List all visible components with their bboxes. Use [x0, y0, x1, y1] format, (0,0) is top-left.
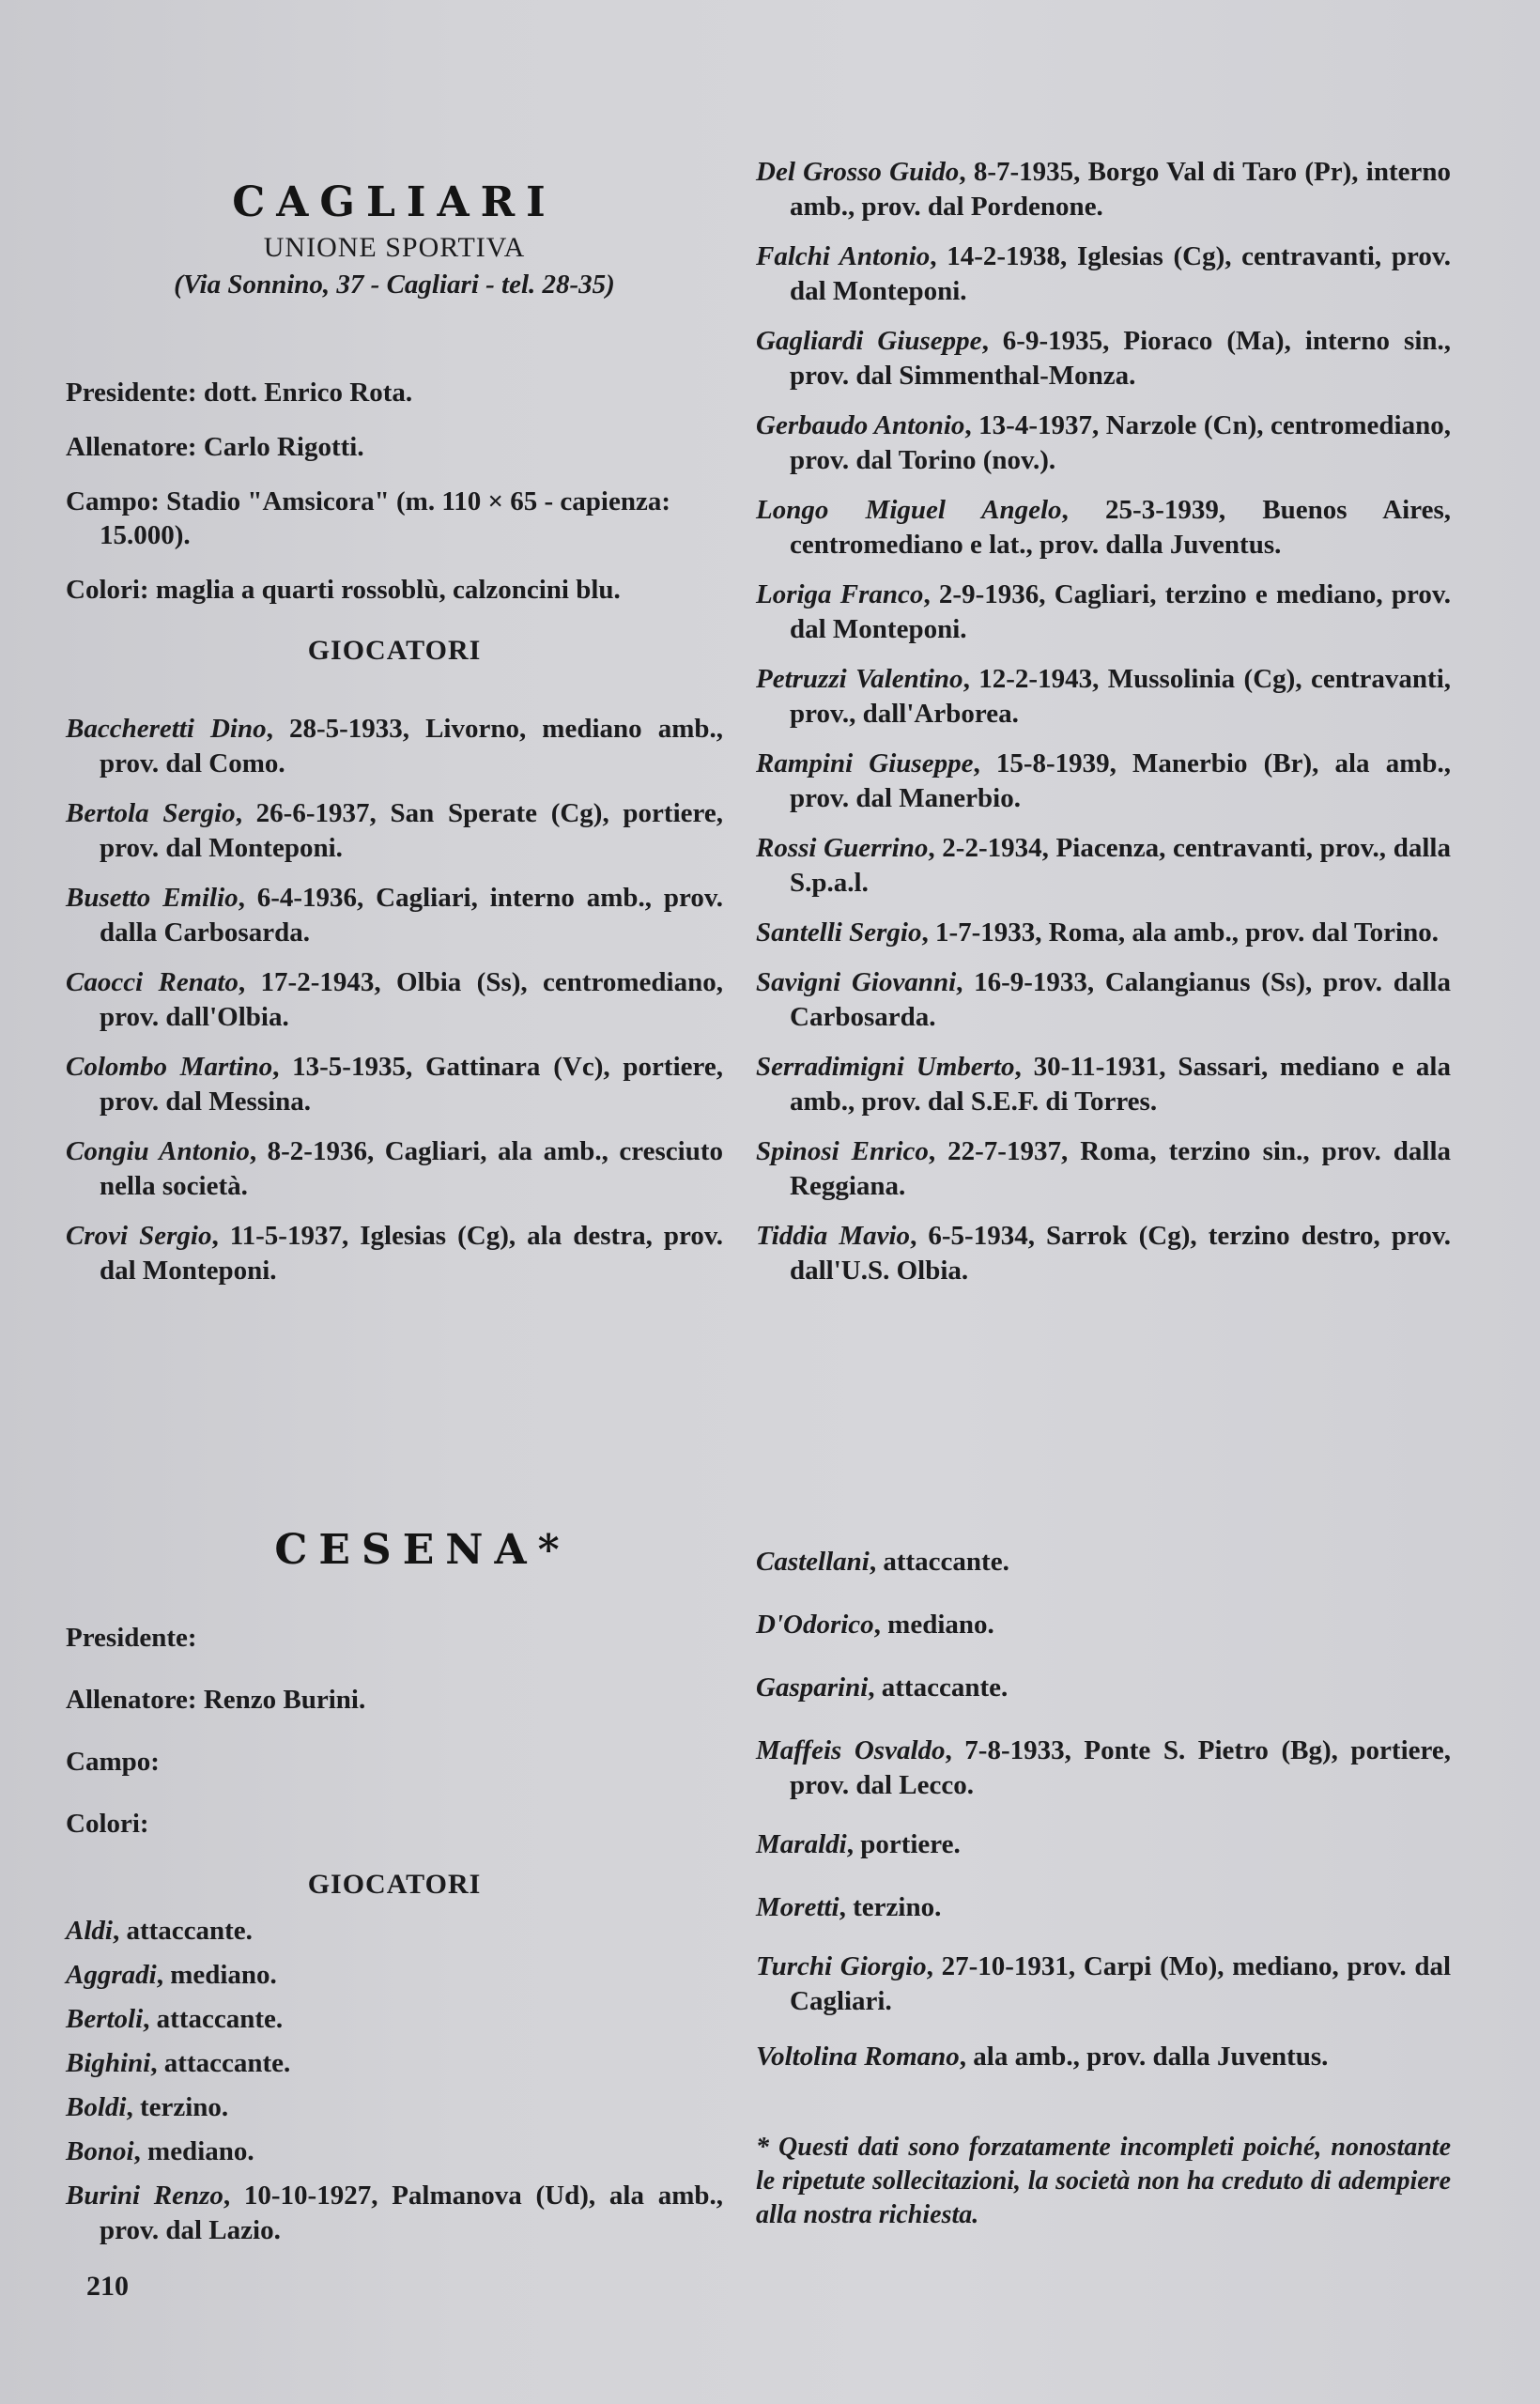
player-entry: Gagliardi Giuseppe, 6-9-1935, Pioraco (M…	[756, 324, 1451, 393]
player-entry: D'Odorico, mediano.	[756, 1608, 1451, 1642]
player-entry: Rossi Guerrino, 2-2-1934, Piacenza, cent…	[756, 831, 1451, 901]
player-entry: Maffeis Osvaldo, 7-8-1933, Ponte S. Piet…	[756, 1734, 1451, 1803]
player-entry: Aldi, attaccante.	[66, 1914, 723, 1949]
player-entry: Bighini, attaccante.	[66, 2046, 723, 2081]
club-subtitle: UNIONE SPORTIVA	[66, 232, 723, 264]
club-title-cagliari: CAGLIARI	[66, 178, 723, 226]
player-entry: Caocci Renato, 17-2-1943, Olbia (Ss), ce…	[66, 965, 723, 1035]
club-title-cesena: CESENA*	[122, 1526, 723, 1574]
info-colori: Colori: maglia a quarti rossoblù, calzon…	[66, 573, 723, 607]
player-entry: Bonoi, mediano.	[66, 2134, 723, 2169]
player-entry: Petruzzi Valentino, 12-2-1943, Mussolini…	[756, 662, 1451, 732]
club-address: (Via Sonnino, 37 - Cagliari - tel. 28-35…	[66, 270, 723, 300]
footnote-incomplete-data: * Questi dati sono forzatamente incomple…	[756, 2131, 1451, 2232]
page-number: 210	[86, 2271, 129, 2303]
info-colori: Colori:	[66, 1807, 723, 1841]
players-heading: GIOCATORI	[66, 1869, 723, 1901]
player-entry: Voltolina Romano, ala amb., prov. dalla …	[756, 2040, 1451, 2074]
cagliari-players-continued: Del Grosso Guido, 8-7-1935, Borgo Val di…	[756, 155, 1451, 1303]
player-entry: Del Grosso Guido, 8-7-1935, Borgo Val di…	[756, 155, 1451, 224]
player-entry: Aggradi, mediano.	[66, 1958, 723, 1993]
player-entry: Turchi Giorgio, 27-10-1931, Carpi (Mo), …	[756, 1949, 1451, 2019]
info-allenatore: Allenatore: Renzo Burini.	[66, 1683, 723, 1717]
info-presidente: Presidente:	[66, 1621, 723, 1655]
player-entry: Colombo Martino, 13-5-1935, Gattinara (V…	[66, 1050, 723, 1119]
player-entry: Loriga Franco, 2-9-1936, Cagliari, terzi…	[756, 578, 1451, 647]
player-entry: Bertoli, attaccante.	[66, 2002, 723, 2037]
player-entry: Castellani, attaccante.	[756, 1545, 1451, 1580]
player-entry: Spinosi Enrico, 22-7-1937, Roma, terzino…	[756, 1134, 1451, 1204]
player-entry: Rampini Giuseppe, 15-8-1939, Manerbio (B…	[756, 747, 1451, 816]
info-campo: Campo: Stadio "Amsicora" (m. 110 × 65 - …	[66, 485, 723, 552]
player-entry: Baccheretti Dino, 28-5-1933, Livorno, me…	[66, 712, 723, 781]
player-entry: Tiddia Mavio, 6-5-1934, Sarrok (Cg), ter…	[756, 1219, 1451, 1288]
info-presidente: Presidente: dott. Enrico Rota.	[66, 376, 723, 409]
players-heading: GIOCATORI	[66, 635, 723, 667]
cagliari-header-column: CAGLIARI UNIONE SPORTIVA (Via Sonnino, 3…	[66, 178, 723, 300]
info-allenatore: Allenatore: Carlo Rigotti.	[66, 430, 723, 464]
cesena-players-continued: Castellani, attaccante. D'Odorico, media…	[756, 1545, 1451, 2258]
cesena-section: CESENA* Presidente: Allenatore: Renzo Bu…	[66, 1526, 723, 2258]
info-campo: Campo:	[66, 1745, 723, 1779]
player-entry: Crovi Sergio, 11-5-1937, Iglesias (Cg), …	[66, 1219, 723, 1288]
player-entry: Santelli Sergio, 1-7-1933, Roma, ala amb…	[756, 916, 1451, 950]
player-entry: Serradimigni Umberto, 30-11-1931, Sassar…	[756, 1050, 1451, 1119]
player-entry: Longo Miguel Angelo, 25-3-1939, Buenos A…	[756, 493, 1451, 562]
player-entry: Falchi Antonio, 14-2-1938, Iglesias (Cg)…	[756, 239, 1451, 309]
player-entry: Gasparini, attaccante.	[756, 1671, 1451, 1705]
player-entry: Bertola Sergio, 26-6-1937, San Sperate (…	[66, 796, 723, 866]
player-entry: Congiu Antonio, 8-2-1936, Cagliari, ala …	[66, 1134, 723, 1204]
player-entry: Maraldi, portiere.	[756, 1827, 1451, 1862]
player-entry: Moretti, terzino.	[756, 1890, 1451, 1925]
player-entry: Boldi, terzino.	[66, 2090, 723, 2125]
player-entry: Busetto Emilio, 6-4-1936, Cagliari, inte…	[66, 881, 723, 950]
player-entry: Savigni Giovanni, 16-9-1933, Calangianus…	[756, 965, 1451, 1035]
book-page: CAGLIARI UNIONE SPORTIVA (Via Sonnino, 3…	[0, 0, 1540, 2404]
cagliari-info: Presidente: dott. Enrico Rota. Allenator…	[66, 376, 723, 1303]
player-entry: Gerbaudo Antonio, 13-4-1937, Narzole (Cn…	[756, 408, 1451, 478]
player-entry: Burini Renzo, 10-10-1927, Palmanova (Ud)…	[66, 2179, 723, 2248]
